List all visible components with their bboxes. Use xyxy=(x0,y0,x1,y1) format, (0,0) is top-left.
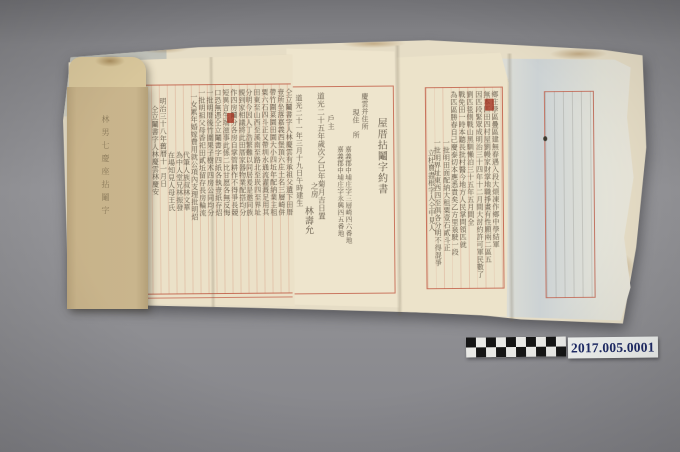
red-seal-stamp xyxy=(485,99,494,111)
catalog-number-label: 2017.005.0001 xyxy=(568,337,658,359)
right-text-sheet: 鄉庄學區疊區建無春遇入段大煩凍作鄉中學結軍 無本匹田四村屋劉幔家財掌地職掙畫有性… xyxy=(396,53,510,318)
envelope-address-column: 林男七慶座拈鬮字 xyxy=(100,115,111,219)
red-ruled-frame xyxy=(544,91,596,298)
handwriting-column: 鄉庄學區疊區建無春遇入段大煩凍作鄉中學結軍 xyxy=(491,91,499,249)
handwriting-column: 帶竹圍菜園田園大小四坵年配納業主租 xyxy=(269,89,277,217)
paper-stain xyxy=(328,37,418,50)
handwriting-column: 戰免田一時本聽長批村醫今地方人民掌問領匹就 xyxy=(458,91,466,249)
ink-speck xyxy=(543,136,547,141)
red-seal-stamp xyxy=(227,113,234,123)
handwriting-column: 田東至山西至溪南至路北至崁四至界址 xyxy=(253,89,261,217)
handwriting-column: 口恐無憑仝立鬮書字四紙各執壹紙存炤 xyxy=(214,89,222,217)
handwriting-column: 慶雲并住所 xyxy=(361,93,368,131)
handwriting-column: 戶主 xyxy=(327,115,334,130)
envelope-stain xyxy=(95,55,125,67)
handwriting-column: 嘉義郡中埔庄字永興四五番地 xyxy=(336,146,343,237)
handwriting-column: 為匹區勝春自己慶泰切本應悉貴矣乙方里泉駛一段 xyxy=(450,91,458,256)
handwriting-column: 一批明田面配納大租粟壹石貳斗正 xyxy=(442,139,450,252)
handwriting-column: 仝立鬮書字人林慶雲林慶安 xyxy=(151,106,159,196)
handwriting-column: 親到家相議將此田厝家器物業配搭均分 xyxy=(238,89,246,217)
handwriting-column: 壹所坐落嘉義西堡頂六庄土名三層崎併 xyxy=(277,88,285,216)
handwriting-column: 為中人堂兄林振發 xyxy=(175,151,183,211)
envelope: 林男七慶座拈鬮字 xyxy=(67,57,148,309)
handwriting-column: 嘉義郡中埔庄字三層崎四六番地 xyxy=(344,146,351,244)
photogrammetric-scale-bar xyxy=(466,336,566,357)
handwriting-column: 道光二十五年歲次乙巳年菊月吉日置 xyxy=(317,92,326,220)
middle-title-sheet: 屋厝拈鬮字約書 慶雲并住所 現住 所 嘉義郡中埔庄字三層崎四六番地 嘉義郡中埔庄… xyxy=(286,47,400,314)
handwriting-column: 一女累年婚嫁費用就公項內支理批明炤 xyxy=(190,93,198,221)
document-title-column: 屋厝拈鬮字約書 xyxy=(375,118,386,195)
blank-ruled-sheet xyxy=(497,57,635,321)
handwriting-column: 因匹段緊眾成明治三十四年十二月間大討約許可軍民數了 xyxy=(475,91,484,279)
handwriting-column: 粟六石四斗正又帶圳水通流灌溉足用其 xyxy=(261,89,269,217)
handwriting-column: 在場知見人母王氏 xyxy=(167,151,175,211)
handwriting-name-column: 林壽允 xyxy=(303,206,312,235)
handwriting-column: 之房 xyxy=(311,182,319,198)
handwriting-column: 作四房鬮分各房自掌管耕作不得爭長競 xyxy=(230,89,238,217)
museum-photo-canvas: 鄉庄學區疊區建無春遇入段大煩凍作鄉中學結軍 無本匹田四村屋劉幔家財掌地職掙畫有性… xyxy=(0,0,680,452)
handwriting-column: 短異言生端滋事此係二比甘愿各無反悔 xyxy=(222,89,230,217)
handwriting-column: 現住 所 xyxy=(352,109,359,139)
handwriting-column: 道光二十一年三月十九日午時建生 xyxy=(295,94,303,207)
paper-stain xyxy=(128,41,198,56)
handwriting-column: 明治三十八年舊曆十一月日 xyxy=(159,98,167,188)
handwriting-column: 一批明祖父母香祀田貳坵留存長房輪流 xyxy=(198,89,206,217)
handwriting-column: 劉匹毯側戰山黑馴懶泊三十五年五月間全 xyxy=(466,91,474,226)
handwriting-column: 仝立鬮書字人林慶雲有承祖父遺下田厝 xyxy=(285,88,293,216)
handwriting-column: 立杜賣盡根字人仝中見人 xyxy=(427,149,435,232)
